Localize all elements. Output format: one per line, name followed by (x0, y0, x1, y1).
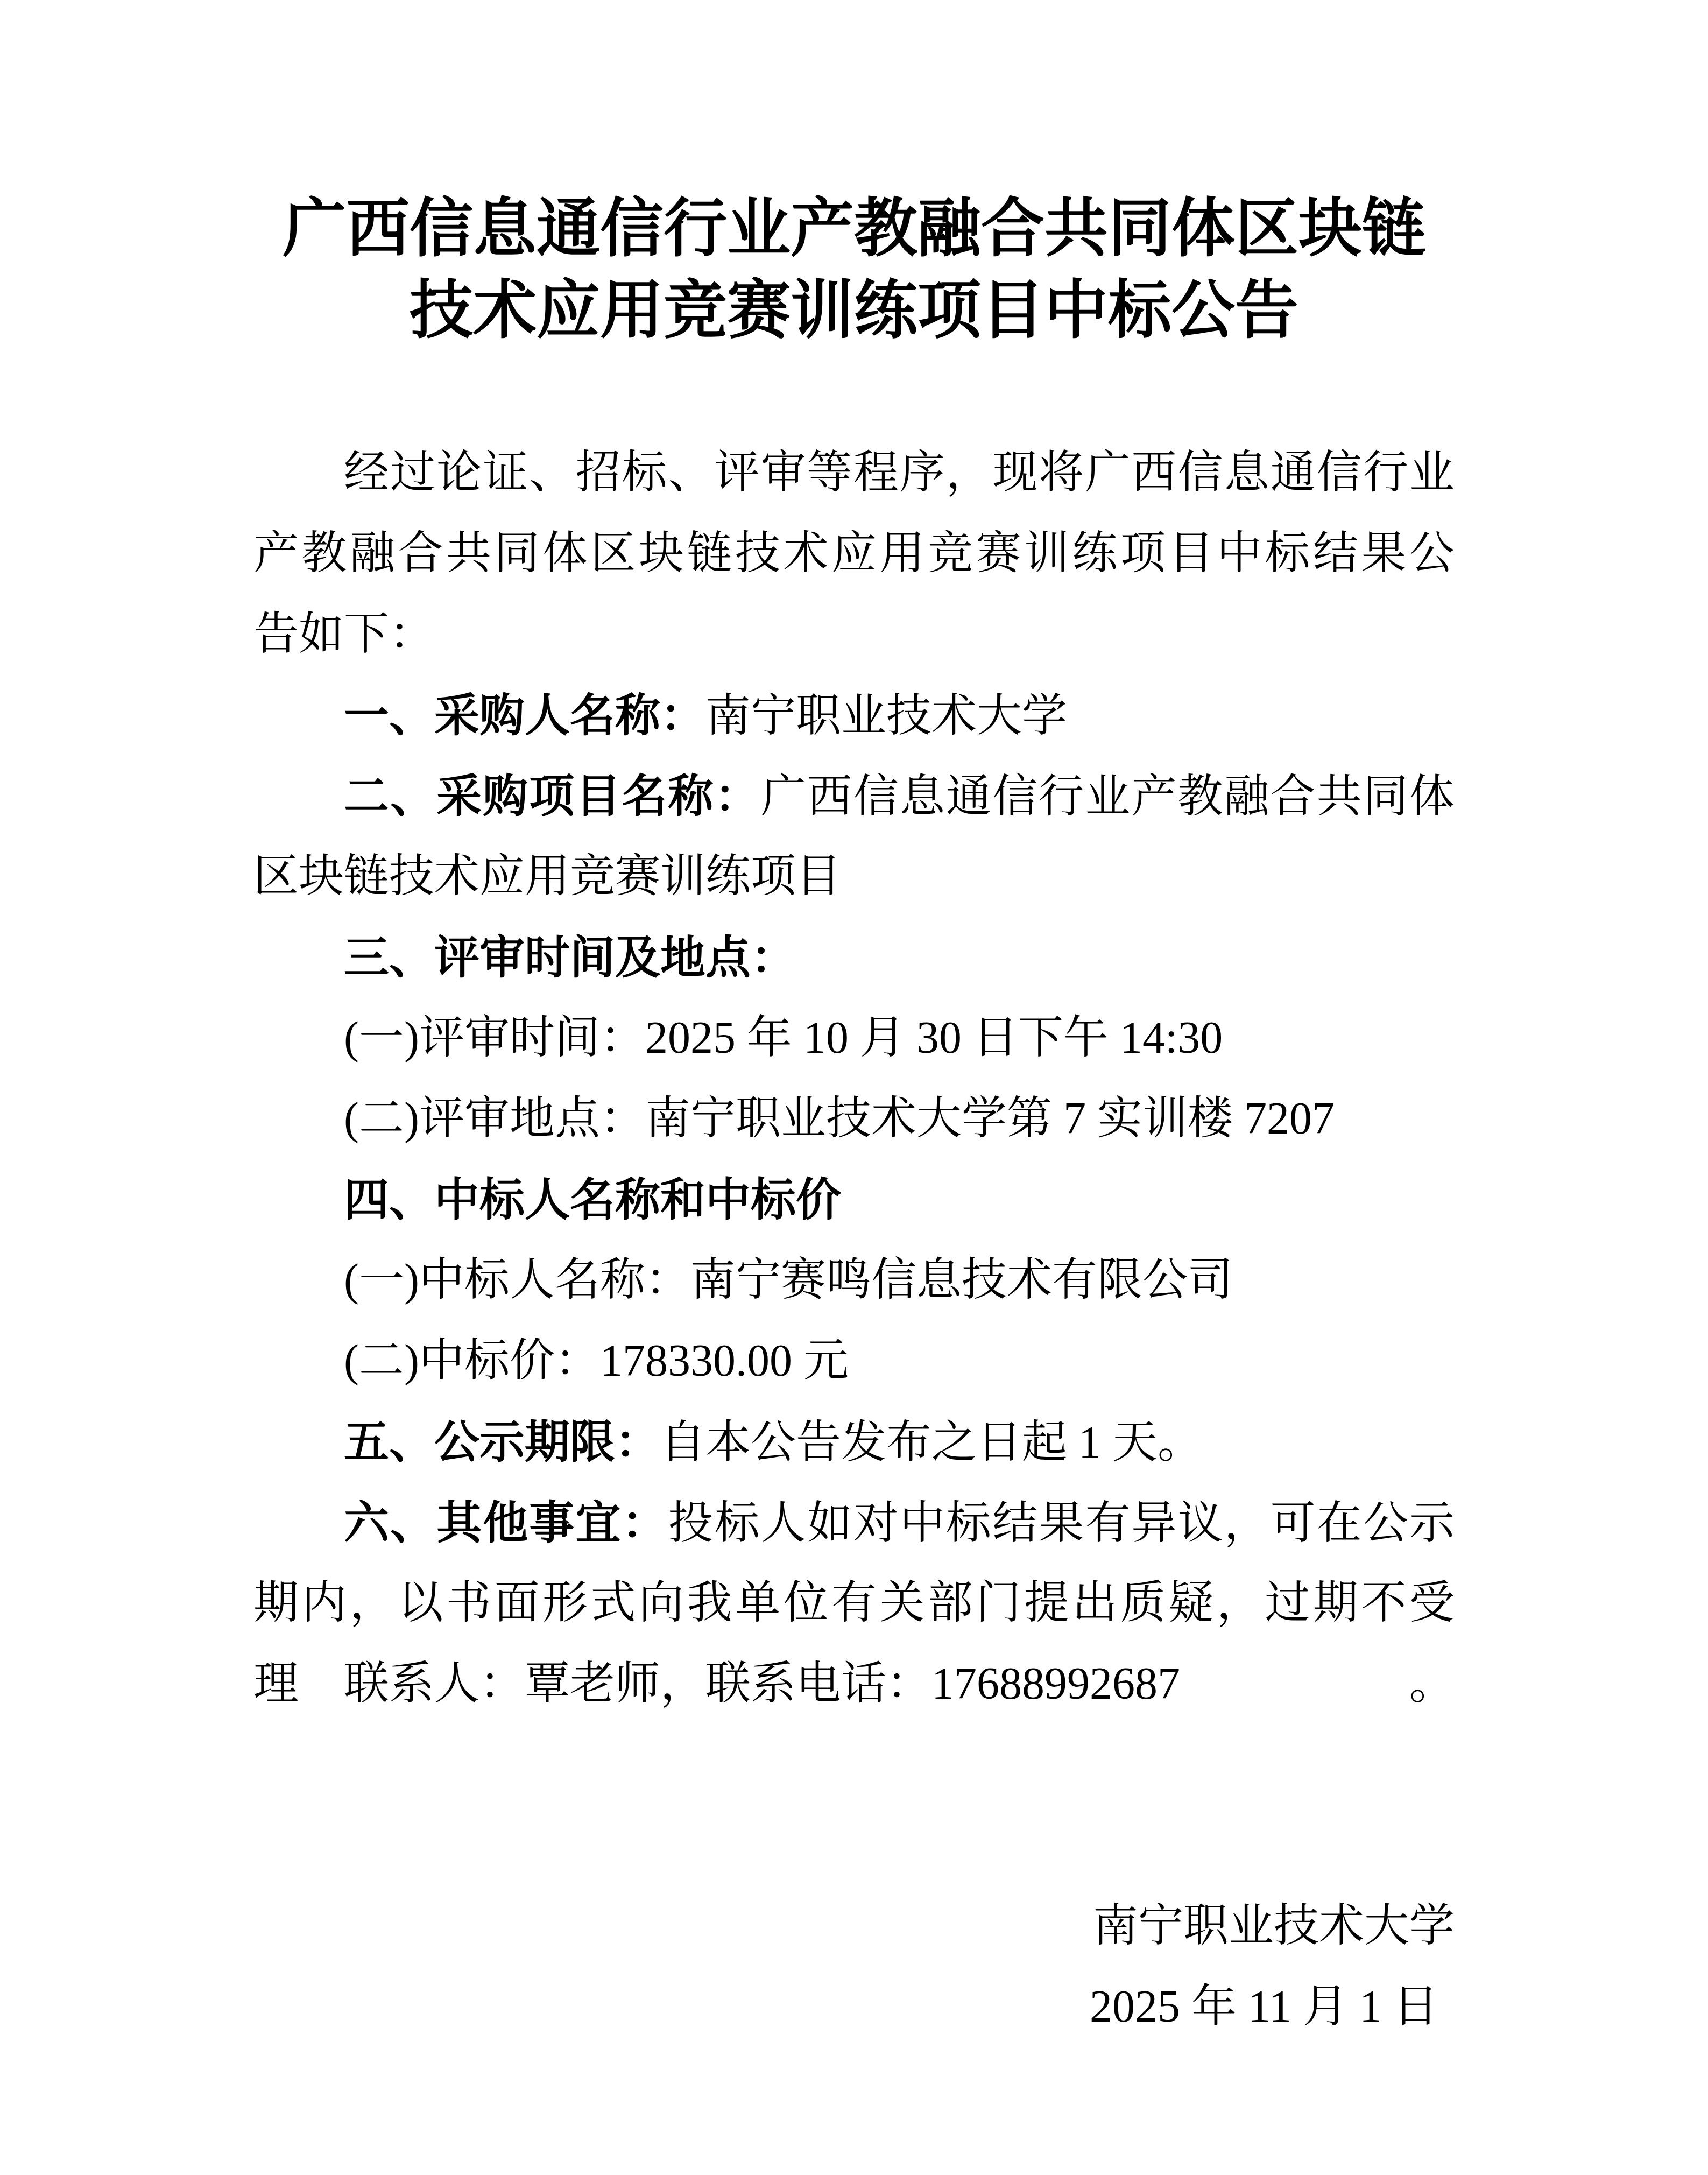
signature-date: 2025 年 11 月 1 日 (253, 1967, 1455, 2047)
text-line: 区块链技术应用竞赛训练项目 (253, 836, 1455, 917)
bold-label: 四、中标人名称和中标价 (344, 1174, 841, 1225)
text-run: 经过论证、招标、评审等程序，现将广西信息通信行业 (344, 448, 1455, 498)
document-title-line2: 技术应用竞赛训练项目中标公告 (253, 270, 1455, 352)
text-run: (二)评审地点：南宁职业技术大学第 7 实训楼 7207 (344, 1094, 1335, 1144)
text-line: 告如下： (253, 594, 1455, 675)
text-line: 三、评审时间及地点： (253, 917, 1455, 998)
text-line: (一)中标人名称：南宁赛鸣信息技术有限公司 (253, 1240, 1455, 1321)
text-line: 经过论证、招标、评审等程序，现将广西信息通信行业 (253, 433, 1455, 513)
text-run: 区块链技术应用竞赛训练项目 (253, 851, 841, 902)
document-body: 经过论证、招标、评审等程序，现将广西信息通信行业产教融合共同体区块链技术应用竞赛… (253, 433, 1455, 1724)
text-run: 告如下： (253, 609, 434, 659)
text-run: 广西信息通信行业产教融合共同体 (761, 772, 1455, 822)
document-title: 广西信息通信行业产教融合共同体区块链 技术应用竞赛训练项目中标公告 (253, 188, 1455, 352)
text-line: 期内，以书面形式向我单位有关部门提出质疑，过期不受理。 (253, 1563, 1455, 1644)
document-title-line1: 广西信息通信行业产教融合共同体区块链 (253, 188, 1455, 270)
text-run: 产教融合共同体区块链技术应用竞赛训练项目中标结果公 (253, 529, 1455, 579)
text-run: (一)中标人名称：南宁赛鸣信息技术有限公司 (344, 1255, 1233, 1305)
text-line: 五、公示期限：自本公告发布之日起 1 天。 (253, 1402, 1455, 1482)
text-run: 南宁职业技术大学 (705, 691, 1067, 741)
bold-label: 二、采购项目名称： (344, 771, 761, 821)
text-line: (二)中标价：178330.00 元 (253, 1321, 1455, 1402)
document-page: 广西信息通信行业产教融合共同体区块链 技术应用竞赛训练项目中标公告 经过论证、招… (0, 0, 1708, 2175)
bold-label: 一、采购人名称： (344, 690, 705, 741)
text-line: (二)评审地点：南宁职业技术大学第 7 实训楼 7207 (253, 1079, 1455, 1159)
bold-label: 三、评审时间及地点： (344, 932, 796, 983)
bold-label: 五、公示期限： (344, 1417, 660, 1467)
text-run: (一)评审时间：2025 年 10 月 30 日下午 14:30 (344, 1013, 1223, 1063)
document-content: 广西信息通信行业产教融合共同体区块链 技术应用竞赛训练项目中标公告 经过论证、招… (253, 188, 1455, 2047)
text-run: (二)中标价：178330.00 元 (344, 1336, 849, 1386)
text-line: 二、采购项目名称：广西信息通信行业产教融合共同体 (253, 756, 1455, 836)
text-run: 自本公告发布之日起 1 天。 (660, 1418, 1203, 1468)
signature-org: 南宁职业技术大学 (253, 1886, 1455, 1967)
text-line: 产教融合共同体区块链技术应用竞赛训练项目中标结果公 (253, 513, 1455, 594)
text-line: 六、其他事宜：投标人如对中标结果有异议，可在公示 (253, 1482, 1455, 1563)
text-line: 一、采购人名称：南宁职业技术大学 (253, 675, 1455, 756)
bold-label: 六、其他事宜： (344, 1497, 668, 1548)
text-line: (一)评审时间：2025 年 10 月 30 日下午 14:30 (253, 998, 1455, 1079)
text-run: 联系人：覃老师，联系电话：17688992687 (344, 1659, 1180, 1709)
text-line: 四、中标人名称和中标价 (253, 1159, 1455, 1240)
text-run: 投标人如对中标结果有异议，可在公示 (668, 1498, 1455, 1548)
